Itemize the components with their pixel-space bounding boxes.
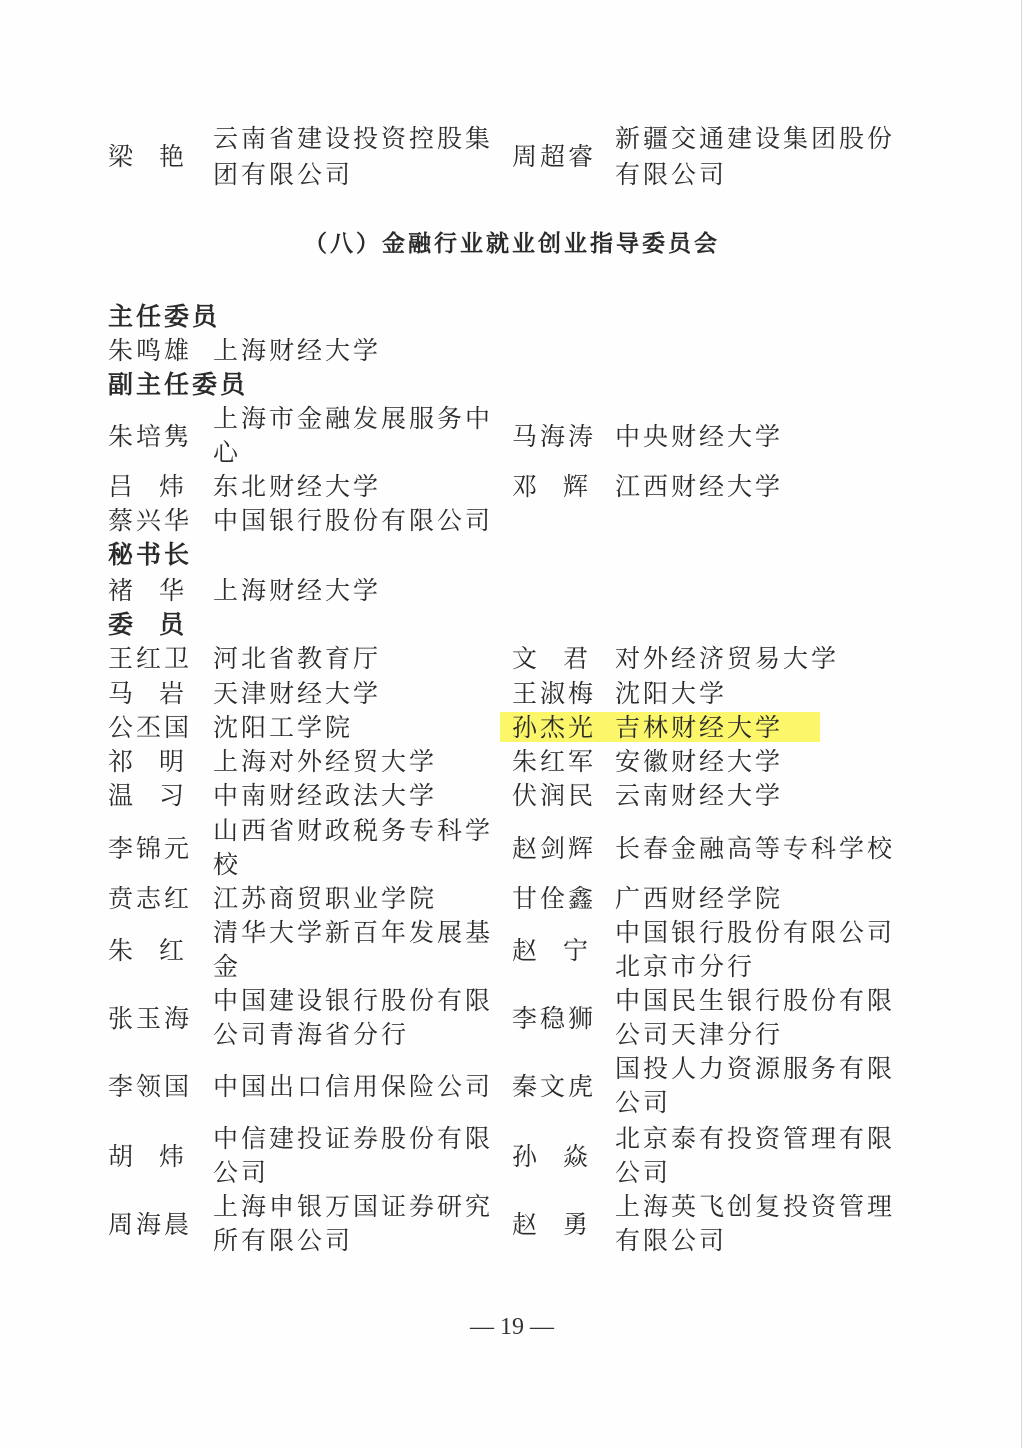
member-name: 甘佺鑫: [512, 882, 602, 916]
member-org: 沈阳工学院: [213, 711, 353, 745]
member-name: 赵宁: [512, 934, 602, 968]
member-name: 张玉海: [108, 1002, 198, 1036]
member-name: 马海涛: [512, 420, 596, 454]
member-org: 云南财经大学: [615, 779, 783, 813]
member-org-line: 上海市金融发展服务中: [213, 402, 493, 436]
member-org: 广西财经学院: [615, 882, 783, 916]
member-org-line: 北京市分行: [615, 950, 755, 984]
member-name: 贲志红: [108, 882, 198, 916]
deputy-heading: 副主任委员: [108, 368, 248, 402]
member-name: 朱红: [108, 934, 198, 968]
member-org-line: 云南省建设投资控股集: [213, 122, 493, 156]
member-name: 赵剑辉: [512, 832, 602, 866]
member-name: 李领国: [108, 1070, 198, 1104]
member-name: 朱鸣雄: [108, 334, 198, 368]
member-name: 赵勇: [512, 1208, 602, 1242]
member-name: 胡炜: [108, 1140, 198, 1174]
member-org-line: 公司: [615, 1156, 671, 1190]
section-title: （八）金融行业就业创业指导委员会: [0, 228, 1024, 260]
member-org: 上海财经大学: [213, 334, 381, 368]
member-org: 沈阳大学: [615, 677, 727, 711]
member-org: 中央财经大学: [615, 420, 783, 454]
member-org: 江西财经大学: [615, 470, 783, 504]
member-name: 马岩: [108, 677, 198, 711]
director-heading: 主任委员: [108, 300, 220, 334]
member-org: 对外经济贸易大学: [615, 642, 839, 676]
members-heading: 委员: [108, 608, 210, 642]
carryover-row: 梁艳 云南省建设投资控股集 团有限公司 周超睿 新疆交通建设集团股份 有限公司: [0, 122, 1024, 194]
member-org: 中国出口信用保险公司: [213, 1070, 493, 1104]
member-org-line: 上海申银万国证券研究: [213, 1190, 493, 1224]
member-org: 中南财经政法大学: [213, 779, 437, 813]
member-name: 文君: [512, 642, 602, 676]
member-name: 李锦元: [108, 832, 198, 866]
member-org-line: 清华大学新百年发展基: [213, 916, 493, 950]
member-name-highlighted: 孙杰光: [512, 711, 602, 745]
member-name: 朱培隽: [108, 420, 198, 454]
member-name: 朱红军: [512, 745, 602, 779]
member-org-line: 有限公司: [615, 1224, 727, 1258]
member-name: 吕炜: [108, 470, 198, 504]
member-org: 上海对外经贸大学: [213, 745, 437, 779]
member-row: 朱红 清华大学新百年发展基 金 赵宁 中国银行股份有限公司 北京市分行: [0, 916, 1024, 984]
member-org-line: 有限公司: [615, 158, 727, 192]
member-org-line: 中国银行股份有限公司: [615, 916, 895, 950]
member-name: 王红卫: [108, 642, 198, 676]
member-org-line: 公司: [615, 1086, 671, 1120]
member-org-line: 金: [213, 950, 241, 984]
member-name: 邓辉: [512, 470, 602, 504]
page-number: — 19 —: [0, 1312, 1024, 1342]
member-org-line: 校: [213, 848, 241, 882]
member-org-line: 公司天津分行: [615, 1018, 783, 1052]
member-name: 公丕国: [108, 711, 198, 745]
member-org-line: 中信建投证券股份有限: [213, 1122, 493, 1156]
member-name: 梁艳: [108, 140, 198, 174]
member-row: 李领国 中国出口信用保险公司 秦文虎 国投人力资源服务有限 公司: [0, 1052, 1024, 1120]
member-name: 王淑梅: [512, 677, 602, 711]
member-org-line: 公司青海省分行: [213, 1018, 409, 1052]
member-org: 中国银行股份有限公司: [213, 504, 493, 538]
member-row: 张玉海 中国建设银行股份有限 公司青海省分行 李稳狮 中国民生银行股份有限 公司…: [0, 984, 1024, 1052]
member-org-line: 心: [213, 436, 241, 470]
member-row: 胡炜 中信建投证券股份有限 公司 孙焱 北京泰有投资管理有限 公司: [0, 1122, 1024, 1190]
member-org-line: 中国建设银行股份有限: [213, 984, 493, 1018]
member-row: 李锦元 山西省财政税务专科学 校 赵剑辉 长春金融高等专科学校: [0, 814, 1024, 882]
secretary-heading: 秘书长: [108, 538, 192, 572]
member-org-line: 团有限公司: [213, 158, 353, 192]
member-org-line: 新疆交通建设集团股份: [615, 122, 895, 156]
member-org: 安徽财经大学: [615, 745, 783, 779]
member-name: 孙焱: [512, 1140, 602, 1174]
member-org: 河北省教育厅: [213, 642, 381, 676]
member-org-line: 山西省财政税务专科学: [213, 814, 493, 848]
document-page: 梁艳 云南省建设投资控股集 团有限公司 周超睿 新疆交通建设集团股份 有限公司 …: [0, 0, 1024, 1448]
member-org-highlighted: 吉林财经大学: [615, 711, 783, 745]
member-name: 温习: [108, 779, 198, 813]
member-org: 东北财经大学: [213, 470, 381, 504]
member-name: 伏润民: [512, 779, 602, 813]
member-name: 褚华: [108, 574, 198, 608]
member-org-line: 国投人力资源服务有限: [615, 1052, 895, 1086]
member-org-line: 上海英飞创复投资管理: [615, 1190, 895, 1224]
member-name: 秦文虎: [512, 1070, 602, 1104]
member-name: 李稳狮: [512, 1002, 602, 1036]
member-org: 上海财经大学: [213, 574, 381, 608]
member-row: 周海晨 上海申银万国证券研究 所有限公司 赵勇 上海英飞创复投资管理 有限公司: [0, 1190, 1024, 1258]
deputy-row: 朱培隽 上海市金融发展服务中 心 马海涛 中央财经大学: [0, 402, 1024, 472]
member-org: 江苏商贸职业学院: [213, 882, 437, 916]
member-name: 周海晨: [108, 1208, 198, 1242]
member-org: 长春金融高等专科学校: [615, 832, 895, 866]
member-org-line: 公司: [213, 1156, 269, 1190]
member-org-line: 所有限公司: [213, 1224, 353, 1258]
member-name: 蔡兴华: [108, 504, 198, 538]
member-name: 周超睿: [512, 140, 596, 174]
member-org-line: 中国民生银行股份有限: [615, 984, 895, 1018]
member-org: 天津财经大学: [213, 677, 381, 711]
member-name: 祁明: [108, 745, 198, 779]
member-org-line: 北京泰有投资管理有限: [615, 1122, 895, 1156]
